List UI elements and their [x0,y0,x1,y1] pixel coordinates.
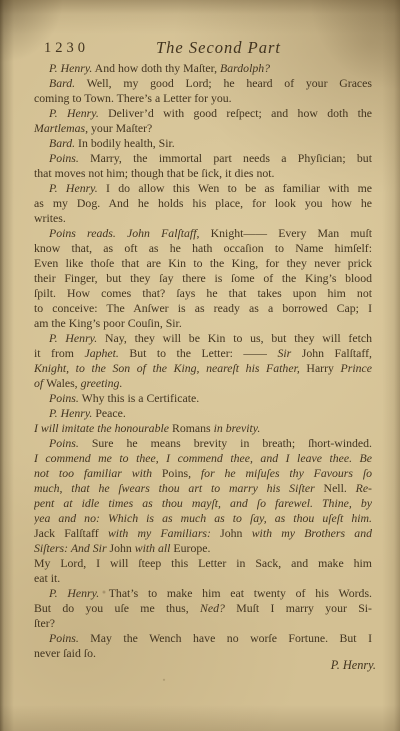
text-line: their Finger, but they ſay there is ſome… [34,271,372,286]
catchword: P. Henry. [331,658,376,673]
text-line: ſter? [34,616,372,631]
text-line: ſpilt. How comes that? ſays he that take… [34,286,372,301]
text-line: Poins. Why this is a Certificate. [34,391,372,406]
text-line: Knight, to the Son of the King, neareſt … [34,361,372,376]
text-line: P. Henry. And how doth thy Maſter, Bardo… [34,61,372,76]
text-line: that moves not him; though that be ſick,… [34,166,372,181]
text-line: Martlemas, your Maſter? [34,121,372,136]
text-line: eat it. [34,571,372,586]
text-line: know that, as oft as he hath occaſion to… [34,241,372,256]
text-line: P. Henry. Nay, they will be Kin to us, b… [34,331,372,346]
text-line: writes. [34,211,372,226]
text-line: it from Japhet. But to the Letter: —— Si… [34,346,372,361]
text-line: P. Henry. I do allow this Wen to be as f… [34,181,372,196]
text-line: P. Henry. That’s to make him eat twenty … [34,586,372,601]
text-line: I will imitate the honourable Romans in … [34,421,372,436]
text-line: I commend me to thee, I commend thee, an… [34,451,372,466]
text-line: much, that he ſwears thou art to marry h… [34,481,372,496]
text-line: Bard. Well, my good Lord; he heard of yo… [34,76,372,91]
text-line: P. Henry. Peace. [34,406,372,421]
text-line: am the King’s poor Couſin, Sir. [34,316,372,331]
book-page: 1230 The Second Part P. Henry. And how d… [0,0,400,731]
text-line: But do you uſe me thus, Ned? Muſt I marr… [34,601,372,616]
text-line: pent at idle times as thou mayſt, and ſo… [34,496,372,511]
text-line: P. Henry. Deliver’d with good reſpect; a… [34,106,372,121]
page-number: 1230 [44,40,89,57]
text-line: coming to Town. There’s a Letter for you… [34,91,372,106]
text-line: Poins reads. John Falſtaff, Knight—— Eve… [34,226,372,241]
text-line: Bard. In bodily health, Sir. [34,136,372,151]
header-title: The Second Part [156,38,281,58]
text-block: P. Henry. And how doth thy Maſter, Bardo… [34,61,372,661]
text-line: to conceive: The Anſwer is as ready as a… [34,301,372,316]
text-line: Poins. Sure he means brevity in breath; … [34,436,372,451]
text-line: not too familiar with Poins, for he miſu… [34,466,372,481]
text-line: as my Dog. And he holds his place, for l… [34,196,372,211]
running-header: 1230 The Second Part [0,38,400,58]
text-line: Jack Falſtaff with my Familiars: John wi… [34,526,372,541]
text-line: of Wales, greeting. [34,376,372,391]
text-line: Even like thoſe that are Kin to the King… [34,256,372,271]
text-line: Poins. Marry, the immortal part needs a … [34,151,372,166]
text-line: never ſaid ſo. [34,646,372,661]
text-line: Poins. May the Wench have no worſe Fortu… [34,631,372,646]
text-line: yea and no: Which is as much as to ſay, … [34,511,372,526]
text-line: Siſters: And Sir John with all Europe. [34,541,372,556]
text-line: My Lord, I will ſteep this Letter in Sac… [34,556,372,571]
